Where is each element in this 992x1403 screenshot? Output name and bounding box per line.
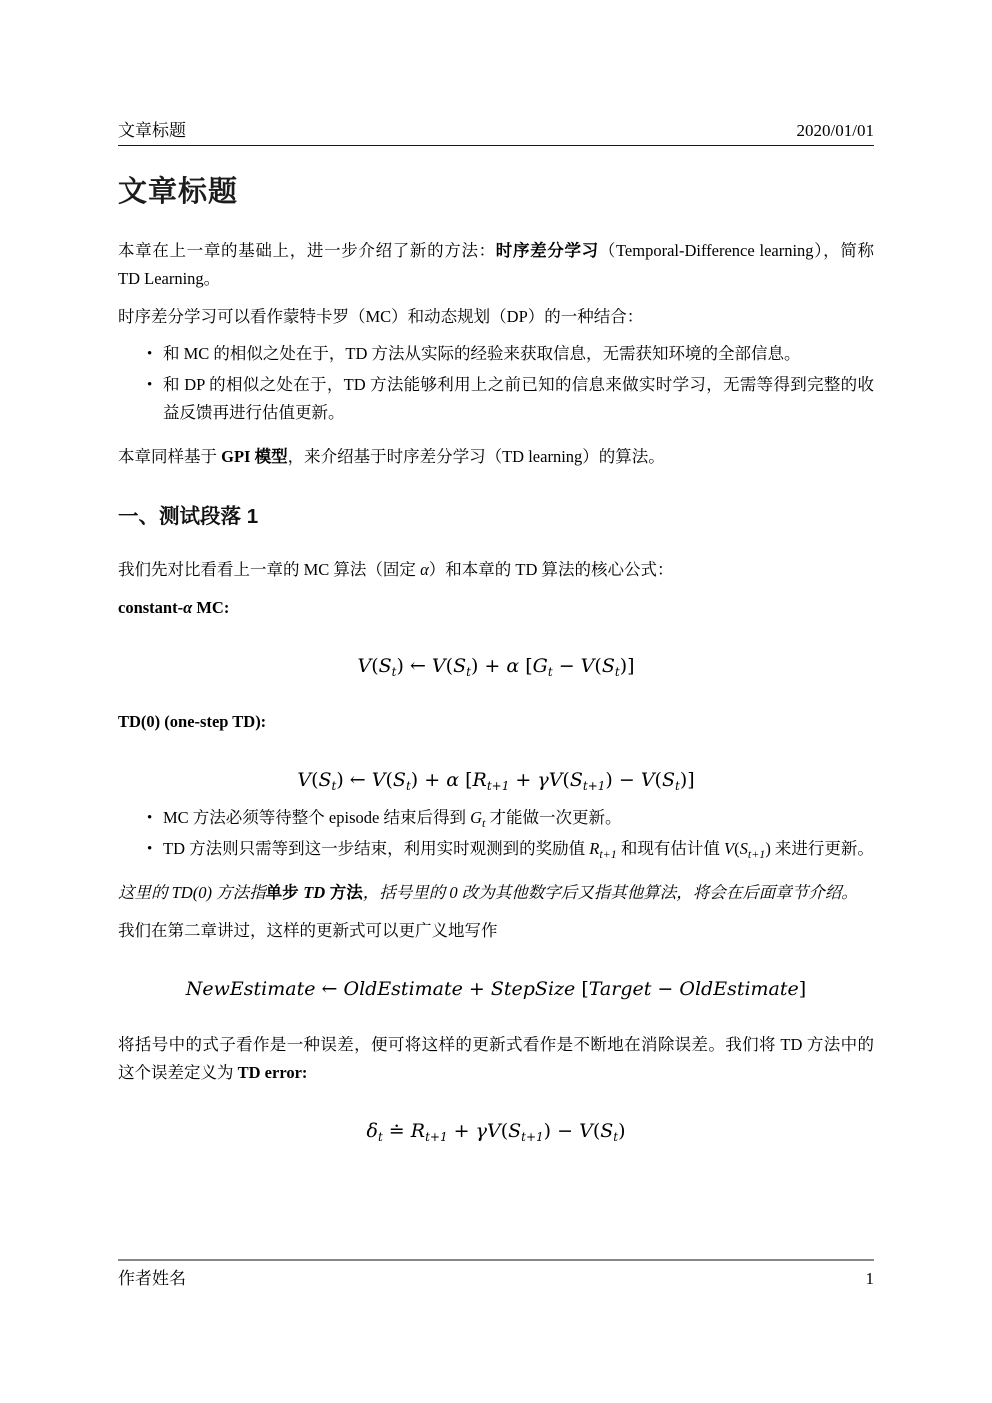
paragraph-intro: 本章在上一章的基础上，进一步介绍了新的方法：时序差分学习（Temporal-Di… <box>118 237 874 293</box>
section-heading-test-paragraph-1: 一、测试段落 1 <box>118 505 874 529</box>
document-page: 文章标题 2020/01/01 文章标题 本章在上一章的基础上，进一步介绍了新的… <box>118 0 874 1148</box>
list-item-mc-update: MC 方法必须等待整个 episode 结束后得到 Gt 才能做一次更新。 <box>118 804 874 832</box>
document-title: 文章标题 <box>118 177 874 207</box>
formula-mc-update: V(St) ← V(St) + α [Gt − V(St)] <box>118 651 874 681</box>
header-date: 2020/01/01 <box>797 120 874 141</box>
paragraph-generalized: 我们在第二章讲过，这样的更新式可以更广义地写作 <box>118 917 874 945</box>
paragraph-compare: 我们先对比看看上一章的 MC 算法（固定 α）和本章的 TD 算法的核心公式： <box>118 556 874 584</box>
list-item-mc-similarity: 和 MC 的相似之处在于，TD 方法从实际的经验来获取信息，无需获知环境的全部信… <box>118 340 874 368</box>
list-item-dp-similarity: 和 DP 的相似之处在于，TD 方法能够利用上之前已知的信息来做实时学习，无需等… <box>118 371 874 427</box>
page-header: 文章标题 2020/01/01 <box>118 0 874 146</box>
label-td0-one-step: TD(0) (one-step TD): <box>118 708 874 736</box>
paragraph-td-combination: 时序差分学习可以看作蒙特卡罗（MC）和动态规划（DP）的一种结合： <box>118 303 874 331</box>
paragraph-gpi: 本章同样基于 GPI 模型，来介绍基于时序差分学习（TD learning）的算… <box>118 443 874 471</box>
formula-general-update: NewEstimate ← OldEstimate + StepSize [Ta… <box>118 974 874 1004</box>
header-running-title: 文章标题 <box>118 120 186 141</box>
list-item-td-update: TD 方法则只需等到这一步结束，利用实时观测到的奖励值 Rt+1 和现有估计值 … <box>118 835 874 863</box>
footer-page-number: 1 <box>866 1268 875 1289</box>
formula-td-update: V(St) ← V(St) + α [Rt+1 + γV(St+1) − V(S… <box>118 765 874 795</box>
formula-td-error: δt ≐ Rt+1 + γV(St+1) − V(St) <box>118 1116 874 1146</box>
page-footer: 作者姓名 1 <box>118 1259 874 1289</box>
label-constant-alpha-mc: constant-α MC: <box>118 594 874 622</box>
footer-author: 作者姓名 <box>118 1268 186 1289</box>
bullet-list-update-timing: MC 方法必须等待整个 episode 结束后得到 Gt 才能做一次更新。 TD… <box>118 804 874 863</box>
paragraph-td0-note: 这里的 TD(0) 方法指单步 TD 方法，括号里的 0 改为其他数字后又指其他… <box>118 879 874 907</box>
paragraph-td-error-def: 将括号中的式子看作是一种误差，便可将这样的更新式看作是不断地在消除误差。我们将 … <box>118 1031 874 1087</box>
bullet-list-similarities: 和 MC 的相似之处在于，TD 方法从实际的经验来获取信息，无需获知环境的全部信… <box>118 340 874 427</box>
